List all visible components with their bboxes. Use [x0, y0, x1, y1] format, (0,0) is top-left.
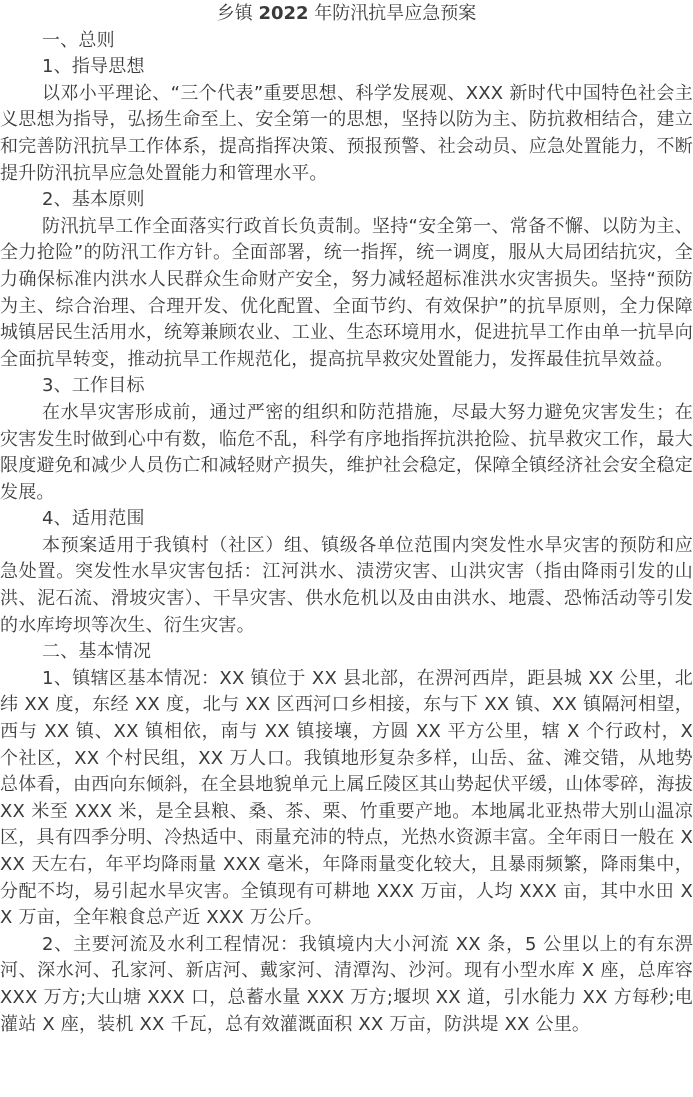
- paragraph-basic-principles: 防汛抗旱工作全面落实行政首长负责制。坚持“安全第一、常备不懈、以防为主、全力抢险…: [0, 214, 693, 374]
- paragraph-rivers-water-projects: 2、主要河流及水利工程情况：我镇境内大小河流 XX 条，5 公里以上的有东淠河、…: [0, 932, 693, 1038]
- document-page: 乡镇 2022 年防汛抗旱应急预案 一、总则 1、指导思想 以邓小平理论、“三个…: [0, 0, 693, 1038]
- title-suffix: 年防汛抗旱应急预案: [314, 3, 476, 24]
- paragraph-work-goals: 在水旱灾害形成前，通过严密的组织和防范措施，尽最大努力避免灾害发生；在灾害发生时…: [0, 400, 693, 506]
- subheading-guiding-ideology: 1、指导思想: [0, 54, 693, 81]
- section-heading-general: 一、总则: [0, 28, 693, 55]
- paragraph-town-situation: 1、镇辖区基本情况：XX 镇位于 XX 县北部，在淠河西岸，距县城 XX 公里，…: [0, 666, 693, 932]
- title-prefix: 乡镇: [217, 3, 253, 24]
- subheading-basic-principles: 2、基本原则: [0, 187, 693, 214]
- paragraph-scope: 本预案适用于我镇村（社区）组、镇级各单位范围内突发性水旱灾害的预防和应急处置。突…: [0, 533, 693, 639]
- document-title: 乡镇 2022 年防汛抗旱应急预案: [0, 0, 693, 28]
- subheading-work-goals: 3、工作目标: [0, 373, 693, 400]
- section-heading-basic-situation: 二、基本情况: [0, 639, 693, 666]
- subheading-scope: 4、适用范围: [0, 506, 693, 533]
- paragraph-guiding-ideology: 以邓小平理论、“三个代表”重要思想、科学发展观、XXX 新时代中国特色社会主义思…: [0, 81, 693, 187]
- title-year: 2022: [258, 3, 308, 24]
